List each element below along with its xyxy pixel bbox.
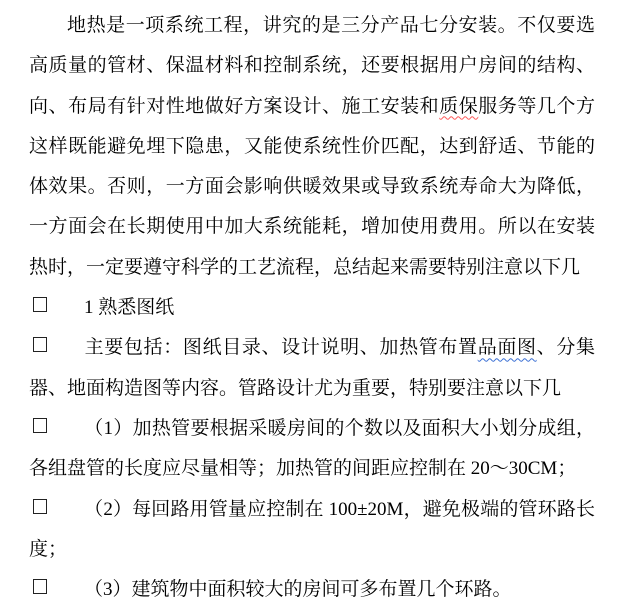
text-run: 主要包括：图纸目录、设计说明、加热管布置 (84, 337, 478, 358)
text-run: 地热是一项系统工程，讲究的是三分产品七分安装。不仅要选择 (29, 15, 595, 46)
missing-glyph-box (33, 499, 47, 514)
text-run: 器、地面构造图等内容。管路设计尤为重要，特别要注意以下几点： (29, 378, 561, 409)
text-line: 这样既能避免埋下隐患，又能使系统性价匹配，达到舒适、节能的总 (29, 127, 595, 167)
text-line: （3）建筑物中面积较大的房间可多布置几个环路。 (29, 570, 595, 610)
text-run: 各组盘管的长度应尽量相等；加热管的间距应控制在 20～30CM； (29, 458, 576, 479)
text-line: 地热是一项系统工程，讲究的是三分产品七分安装。不仅要选择 (29, 6, 595, 46)
tab-space (47, 312, 84, 313)
text-line: 器、地面构造图等内容。管路设计尤为重要，特别要注意以下几点： (29, 369, 595, 409)
missing-glyph-box (33, 579, 47, 594)
text-line: 度； (29, 530, 595, 570)
text-line: 体效果。否则，一方面会影响供暖效果或导致系统寿命大为降低，另 (29, 167, 595, 207)
grammar-error-text: 品面图 (478, 337, 537, 358)
tab-space (47, 594, 84, 595)
text-line: 向、布局有针对性地做好方案设计、施工安装和质保服务等几个方面。 (29, 87, 595, 127)
text-line: 1 熟悉图纸 (29, 288, 595, 328)
text-line: （1）加热管要根据采暖房间的个数以及面积大小划分成组， (29, 409, 595, 449)
text-line: 各组盘管的长度应尽量相等；加热管的间距应控制在 20～30CM； (29, 449, 595, 489)
missing-glyph-box (33, 337, 47, 352)
text-run: 向、布局有针对性地做好方案设计、施工安装和 (29, 96, 439, 117)
tab-space (47, 433, 84, 434)
text-run: （1）加热管要根据采暖房间的个数以及面积大小划分成组， (84, 418, 595, 439)
text-run: 一方面会在长期使用中加大系统能耗，增加使用费用。所以在安装地 (29, 216, 595, 247)
text-run: 度； (29, 539, 67, 560)
text-run: 1 熟悉图纸 (84, 297, 174, 318)
text-run: 这样既能避免埋下隐患，又能使系统性价匹配，达到舒适、节能的总 (29, 136, 595, 167)
document-body: 地热是一项系统工程，讲究的是三分产品七分安装。不仅要选择高质量的管材、保温材料和… (29, 6, 595, 610)
text-line: 热时，一定要遵守科学的工艺流程，总结起来需要特别注意以下几点： (29, 248, 595, 288)
text-line: 主要包括：图纸目录、设计说明、加热管布置品面图、分集水 (29, 328, 595, 368)
document-page: 地热是一项系统工程，讲究的是三分产品七分安装。不仅要选择高质量的管材、保温材料和… (0, 0, 625, 616)
tab-space (47, 352, 84, 353)
text-run: （3）建筑物中面积较大的房间可多布置几个环路。 (84, 579, 512, 600)
tab-space (47, 514, 84, 515)
text-run: 高质量的管材、保温材料和控制系统，还要根据用户房间的结构、朝 (29, 55, 595, 86)
missing-glyph-box (33, 297, 47, 312)
missing-glyph-box (33, 418, 47, 433)
text-run: （2）每回路用管量应控制在 100±20M，避免极端的管环路长 (84, 499, 595, 520)
spelling-error-text: 质保 (439, 96, 478, 117)
text-run: 热时，一定要遵守科学的工艺流程，总结起来需要特别注意以下几点： (29, 257, 580, 288)
text-line: （2）每回路用管量应控制在 100±20M，避免极端的管环路长 (29, 490, 595, 530)
text-line: 一方面会在长期使用中加大系统能耗，增加使用费用。所以在安装地 (29, 207, 595, 247)
text-line: 高质量的管材、保温材料和控制系统，还要根据用户房间的结构、朝 (29, 46, 595, 86)
text-run: 体效果。否则，一方面会影响供暖效果或导致系统寿命大为降低，另 (29, 176, 595, 207)
